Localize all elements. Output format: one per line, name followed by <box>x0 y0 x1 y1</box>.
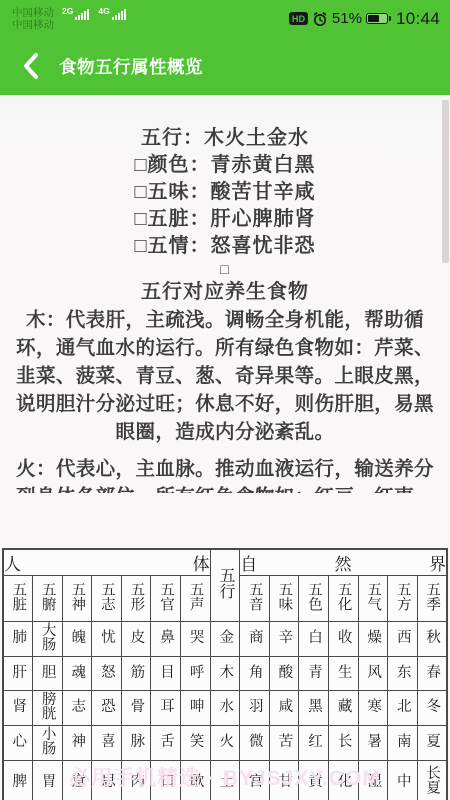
status-right-cluster: HD 51% 10:44 <box>289 9 440 29</box>
table-cell-text: 心 <box>11 733 26 748</box>
table-cell-text: 寒 <box>366 698 381 713</box>
table-cell-text: 鼻 <box>159 629 174 644</box>
column-header-label: 五官 <box>159 582 174 611</box>
table-cell-text: 北 <box>395 698 410 713</box>
table-cell: 寒 <box>358 691 388 726</box>
table-cell-text: 魄 <box>70 629 85 644</box>
table-cell-text: 喜 <box>99 733 114 748</box>
table-cell: 忧 <box>92 622 122 657</box>
element-column-label: 五行 <box>217 567 233 599</box>
table-cell-text: 呼 <box>188 664 203 679</box>
table-cell: 大肠 <box>33 622 63 657</box>
column-header-nature: 五方 <box>388 576 418 622</box>
column-header-nature: 五色 <box>299 576 329 622</box>
overview-block: 五行：木火土金水 □颜色：青赤黄白黑 □五味：酸苦甘辛咸 □五脏：肝心脾肺肾 □… <box>0 95 450 306</box>
table-cell: 苦 <box>269 726 299 761</box>
table-cell-text: 冬 <box>425 698 440 713</box>
table-cell-element: 木 <box>210 657 240 691</box>
table-row: 心小肠神喜脉舌笑火微苦红长暑南夏 <box>3 726 447 761</box>
table-cell-text: 生 <box>336 664 351 679</box>
overview-line: □颜色：青赤黄白黑 <box>0 152 450 179</box>
table-cell-text: 肺 <box>11 629 26 644</box>
table-cell: 心 <box>3 726 33 761</box>
carrier-labels: 中国移动 中国移动 <box>12 7 54 31</box>
table-cell: 北 <box>388 691 418 726</box>
signal-bars-icon <box>112 9 126 20</box>
back-chevron-icon <box>21 51 41 81</box>
column-header-label: 五声 <box>188 582 203 611</box>
table-cell: 咸 <box>269 691 299 726</box>
table-cell-text: 志 <box>70 698 85 713</box>
table-cell: 冬 <box>417 691 447 726</box>
table-cell-text: 苦 <box>277 733 292 748</box>
table-cell-text: 脉 <box>129 733 144 748</box>
column-header-label: 五方 <box>395 582 410 611</box>
status-bar: 中国移动 中国移动 2G 4G HD 51% <box>0 0 450 37</box>
table-cell: 胆 <box>33 657 63 691</box>
table-cell-text: 藏 <box>336 698 351 713</box>
missing-glyph-box: □ <box>0 260 450 278</box>
column-header-label: 五脏 <box>11 582 26 611</box>
table-cell-text: 秋 <box>425 629 440 644</box>
paragraph-wood-element: 木：代表肝，主疏浅。调畅全身机能，帮助循环，通气血水的运行。所有绿色食物如：芹菜… <box>0 306 450 446</box>
table-cell: 收 <box>329 622 359 657</box>
table-cell-text: 膀胱 <box>40 691 55 720</box>
table-cell: 鼻 <box>151 622 181 657</box>
table-cell-text: 南 <box>395 733 410 748</box>
sim2-network-label: 4G <box>98 7 109 16</box>
table-row: 肺大肠魄忧皮鼻哭金商辛白收燥西秋 <box>3 622 447 657</box>
signal-indicators: 2G 4G <box>62 9 126 29</box>
table-cell-text: 东 <box>395 664 410 679</box>
table-cell: 长 <box>329 726 359 761</box>
fire-paragraph-clipped-text: 各部位。所有红色食物如：红豆、红枣、山楂、番茄等 <box>76 486 434 493</box>
column-header-label: 五形 <box>129 582 144 611</box>
overview-line: 五行：木火土金水 <box>0 125 450 152</box>
overview-line: □五味：酸苦甘辛咸 <box>0 179 450 206</box>
article-content: 五行：木火土金水 □颜色：青赤黄白黑 □五味：酸苦甘辛咸 □五脏：肝心脾肺肾 □… <box>0 95 450 493</box>
table-cell: 肾 <box>3 691 33 726</box>
table-cell-text: 胆 <box>40 664 55 679</box>
table-cell-text: 风 <box>366 664 381 679</box>
table-cell: 生 <box>329 657 359 691</box>
table-cell: 目 <box>151 657 181 691</box>
battery-icon <box>366 13 388 25</box>
table-cell: 微 <box>240 726 270 761</box>
table-cell-element: 火 <box>210 726 240 761</box>
section-subtitle: 五行对应养生食物 <box>0 278 450 306</box>
table-cell-text: 木 <box>218 664 233 679</box>
table-cell: 舌 <box>151 726 181 761</box>
overview-line: □五脏：肝心脾肺肾 <box>0 206 450 233</box>
table-cell: 南 <box>388 726 418 761</box>
overview-line: □五情：怒喜忧非恐 <box>0 233 450 260</box>
table-cell: 西 <box>388 622 418 657</box>
table-cell-text: 西 <box>395 629 410 644</box>
table-group-header-element: 五行 <box>210 549 240 622</box>
table-cell: 怒 <box>92 657 122 691</box>
table-cell: 膀胱 <box>33 691 63 726</box>
column-header-label: 五志 <box>99 582 114 611</box>
carrier-sim1: 中国移动 <box>12 7 54 19</box>
table-cell-text: 哭 <box>188 629 203 644</box>
table-cell: 酸 <box>269 657 299 691</box>
table-group-header-nature: 自然界 <box>240 549 447 576</box>
column-header-label: 五神 <box>70 582 85 611</box>
table-row: 肝胆魂怒筋目呼木角酸青生风东春 <box>3 657 447 691</box>
column-header-label: 五音 <box>247 582 262 611</box>
table-cell-text: 大肠 <box>40 622 55 651</box>
table-cell: 肺 <box>3 622 33 657</box>
table-cell-text: 舌 <box>159 733 174 748</box>
table-cell-text: 水 <box>218 698 233 713</box>
alarm-clock-icon <box>312 11 328 27</box>
table-cell-text: 目 <box>159 664 174 679</box>
column-header-human: 五志 <box>92 576 122 622</box>
table-cell-text: 长 <box>336 733 351 748</box>
table-cell-text: 魂 <box>70 664 85 679</box>
table-cell-text: 白 <box>306 629 321 644</box>
table-cell: 藏 <box>329 691 359 726</box>
table-cell-text: 忧 <box>99 629 114 644</box>
sim1-signal: 2G <box>62 9 89 20</box>
column-header-label: 五味 <box>277 582 292 611</box>
table-cell-text: 火 <box>218 733 233 748</box>
table-cell-text: 笑 <box>188 733 203 748</box>
column-header-human: 五官 <box>151 576 181 622</box>
table-cell-text: 燥 <box>366 629 381 644</box>
table-cell: 青 <box>299 657 329 691</box>
table-cell: 小肠 <box>33 726 63 761</box>
column-header-nature: 五味 <box>269 576 299 622</box>
battery-percent-label: 51% <box>332 10 362 27</box>
column-header-human: 五脏 <box>3 576 33 622</box>
column-header-nature: 五气 <box>358 576 388 622</box>
table-cell: 黑 <box>299 691 329 726</box>
table-cell: 笑 <box>181 726 211 761</box>
table-cell: 魂 <box>62 657 92 691</box>
column-header-nature: 五季 <box>417 576 447 622</box>
column-header-label: 五化 <box>336 582 351 611</box>
table-group-header-human-body: 人体 <box>3 549 210 576</box>
table-cell-text: 小肠 <box>40 726 55 755</box>
table-cell-text: 暑 <box>366 733 381 748</box>
table-cell-text: 红 <box>306 733 321 748</box>
table-cell: 羽 <box>240 691 270 726</box>
column-header-human: 五腑 <box>33 576 63 622</box>
table-cell-text: 皮 <box>129 629 144 644</box>
app-header: 食物五行属性概览 <box>0 37 450 95</box>
table-cell: 肝 <box>3 657 33 691</box>
table-cell: 春 <box>417 657 447 691</box>
table-cell-text: 角 <box>247 664 262 679</box>
table-cell-text: 呻 <box>188 698 203 713</box>
table-cell-text: 黑 <box>306 698 321 713</box>
table-cell: 角 <box>240 657 270 691</box>
table-cell: 呼 <box>181 657 211 691</box>
page-title: 食物五行属性概览 <box>59 54 203 79</box>
column-header-nature: 五化 <box>329 576 359 622</box>
table-cell-text: 收 <box>336 629 351 644</box>
table-cell: 东 <box>388 657 418 691</box>
table-cell: 呻 <box>181 691 211 726</box>
sim1-network-label: 2G <box>62 7 73 16</box>
phone-screen: 中国移动 中国移动 2G 4G HD 51% <box>0 0 450 800</box>
table-cell: 魄 <box>62 622 92 657</box>
column-header-label: 五色 <box>306 582 321 611</box>
table-cell: 燥 <box>358 622 388 657</box>
table-cell-text: 耳 <box>159 698 174 713</box>
column-header-label: 五气 <box>366 582 381 611</box>
table-cell-text: 肾 <box>11 698 26 713</box>
table-cell: 夏 <box>417 726 447 761</box>
table-cell: 筋 <box>121 657 151 691</box>
column-header-human: 五神 <box>62 576 92 622</box>
column-header-label: 五季 <box>425 582 440 611</box>
table-cell-text: 筋 <box>129 664 144 679</box>
table-cell: 秋 <box>417 622 447 657</box>
carrier-sim2: 中国移动 <box>12 19 54 31</box>
clock-time: 10:44 <box>396 9 440 29</box>
table-cell: 脉 <box>121 726 151 761</box>
table-cell-text: 青 <box>306 664 321 679</box>
table-cell: 暑 <box>358 726 388 761</box>
table-cell-element: 金 <box>210 622 240 657</box>
table-cell: 红 <box>299 726 329 761</box>
column-header-human: 五形 <box>121 576 151 622</box>
column-header-human: 五声 <box>181 576 211 622</box>
table-cell: 白 <box>299 622 329 657</box>
table-cell-text: 金 <box>218 629 233 644</box>
table-cell-text: 辛 <box>277 629 292 644</box>
table-cell-element: 水 <box>210 691 240 726</box>
table-cell-text: 怒 <box>99 664 114 679</box>
table-cell-text: 商 <box>247 629 262 644</box>
table-cell: 恐 <box>92 691 122 726</box>
table-cell-text: 羽 <box>247 698 262 713</box>
table-cell-text: 酸 <box>277 664 292 679</box>
signal-bars-icon <box>75 9 89 20</box>
table-cell-text: 神 <box>70 733 85 748</box>
table-cell: 志 <box>62 691 92 726</box>
column-header-nature: 五音 <box>240 576 270 622</box>
table-cell: 风 <box>358 657 388 691</box>
table-cell: 耳 <box>151 691 181 726</box>
table-cell: 皮 <box>121 622 151 657</box>
table-cell: 哭 <box>181 622 211 657</box>
table-cell-text: 春 <box>425 664 440 679</box>
table-cell: 商 <box>240 622 270 657</box>
table-cell-text: 肝 <box>11 664 26 679</box>
table-cell: 神 <box>62 726 92 761</box>
scrollbar-thumb[interactable] <box>442 100 449 263</box>
table-cell-text: 微 <box>247 733 262 748</box>
table-cell: 喜 <box>92 726 122 761</box>
watermark-text: 必用手机精选 · BYJSJXY.COM <box>0 762 450 792</box>
table-row: 肾膀胱志恐骨耳呻水羽咸黑藏寒北冬 <box>3 691 447 726</box>
table-cell-text: 夏 <box>425 733 440 748</box>
table-cell: 骨 <box>121 691 151 726</box>
table-cell-text: 咸 <box>277 698 292 713</box>
table-cell: 辛 <box>269 622 299 657</box>
sim2-signal: 4G <box>98 9 125 20</box>
table-cell-text: 恐 <box>99 698 114 713</box>
table-cell-text: 骨 <box>129 698 144 713</box>
hd-volte-icon: HD <box>289 12 308 25</box>
back-button[interactable] <box>16 48 46 84</box>
paragraph-fire-element-clipped: 火：代表心，主血脉。推动血液运行，输送养分到身体各部位。所有红色食物如：红豆、红… <box>0 455 450 493</box>
column-header-label: 五腑 <box>40 582 55 611</box>
